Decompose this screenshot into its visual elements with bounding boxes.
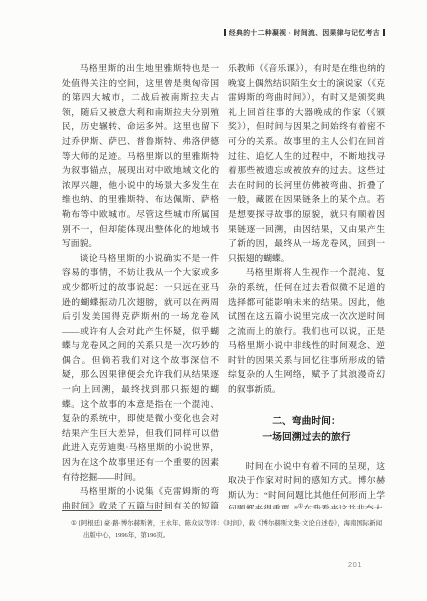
- left-column: 马格里斯的出生地里雅斯特也是一处值得关注的空间，这里曾是奥匈帝国的第四大城市，二…: [62, 61, 219, 509]
- section-heading-line2: 一场回溯过去的旅行: [228, 430, 385, 446]
- paragraph-trieste: 马格里斯的出生地里雅斯特也是一处值得关注的空间，这里曾是奥匈帝国的第四大城市，二…: [62, 61, 219, 251]
- footnote-text: [阿根廷] 豪·路·博尔赫斯著，王永年、陈众议等译：《时间》，载《博尔赫斯文集·…: [79, 520, 382, 539]
- footnote-rule: [62, 510, 162, 511]
- closing-text-after-ref: 在我看来这并非夸大: [303, 504, 382, 509]
- section-heading-line1: 二、弯曲时间：: [228, 414, 385, 430]
- closing-text-before-ref: 时间在小说中有着不同的呈现，这取决于作家对时间的感知方式。博尔赫斯认为：“时间问…: [228, 461, 385, 509]
- footnote: ①[阿根廷] 豪·路·博尔赫斯著，王永年、陈众议等译：《时间》，载《博尔赫斯文集…: [71, 518, 382, 541]
- paragraph-butterfly: 谈论马格里斯的小说确实不是一件容易的事情，不妨让我从一个大家或多或少都听过的故事…: [62, 251, 219, 485]
- running-head: 经典的十二种凝视 · 时间流、因果律与记忆考古: [224, 27, 385, 37]
- paragraph-collection-continuation: 乐教师（《音乐课》），有时是在维也纳的晚宴上偶然结识陌生女士的演说家（《克雷姆斯…: [228, 61, 385, 265]
- book-page: 经典的十二种凝视 · 时间流、因果律与记忆考古 马格里斯的出生地里雅斯特也是一处…: [0, 0, 427, 601]
- paragraph-collection-start: 马格里斯的小说集《克雷姆斯的弯曲时间》收录了五篇与时间有关的短篇小说，在这些故事…: [62, 484, 219, 509]
- header-bar-left-icon: [224, 29, 226, 36]
- running-head-text: 经典的十二种凝视 · 时间流、因果律与记忆考古: [229, 27, 380, 37]
- footnote-marker: ①: [71, 520, 77, 527]
- section-heading: 二、弯曲时间： 一场回溯过去的旅行: [228, 414, 385, 446]
- paragraph-chaos-system: 马格里斯将人生视作一个混沌、复杂的系统，任何在过去看似微不足道的选择都可能影响未…: [228, 265, 385, 396]
- page-number: 201: [338, 560, 372, 569]
- paragraph-time-presentation: 时间在小说中有着不同的呈现，这取决于作家对时间的感知方式。博尔赫斯认为：“时间问…: [228, 459, 385, 509]
- header-bar-right-icon: [383, 29, 385, 36]
- right-column: 乐教师（《音乐课》），有时是在维也纳的晚宴上偶然结识陌生女士的演说家（《克雷姆斯…: [228, 61, 385, 509]
- text-columns: 马格里斯的出生地里雅斯特也是一处值得关注的空间，这里曾是奥匈帝国的第四大城市，二…: [62, 61, 385, 509]
- footnote-area: ①[阿根廷] 豪·路·博尔赫斯著，王永年、陈众议等译：《时间》，载《博尔赫斯文集…: [62, 510, 382, 541]
